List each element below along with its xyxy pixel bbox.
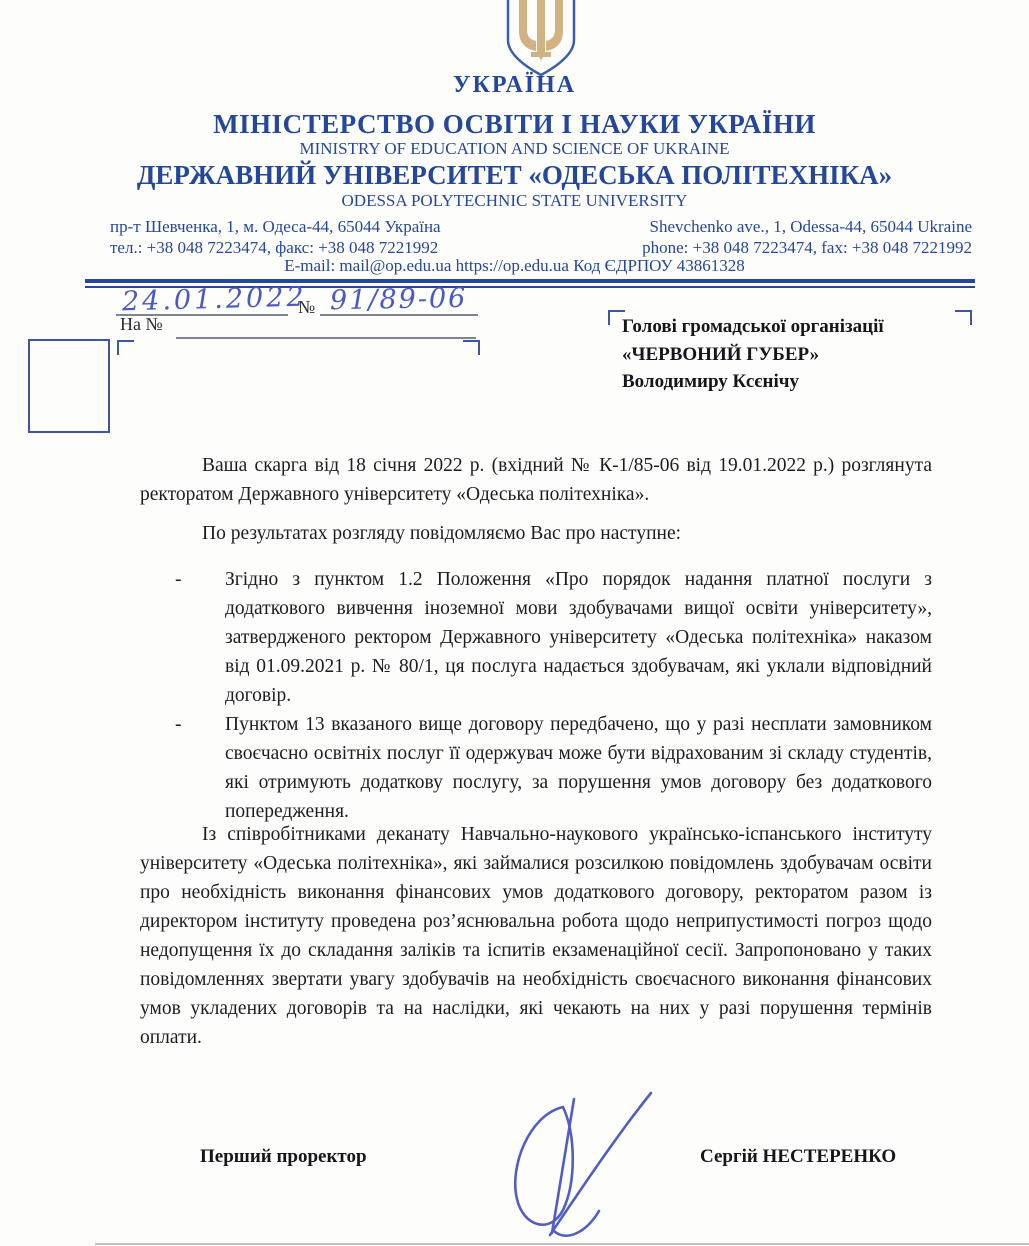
handwritten-outgoing-number: 91/89-06 bbox=[330, 283, 468, 316]
bullet-text: Згідно з пунктом 1.2 Положення «Про поря… bbox=[225, 565, 932, 710]
address-block-en: Shevchenko ave., 1, Odessa-44, 65044 Ukr… bbox=[642, 216, 972, 258]
handwritten-signature-icon bbox=[455, 1083, 665, 1245]
recipient-line3: Володимиру Ксєнічу bbox=[622, 368, 952, 396]
scanned-letter-page: УКРАЇНА МІНІСТЕРСТВО ОСВІТИ І НАУКИ УКРА… bbox=[0, 0, 1029, 1246]
na-no-label: На № bbox=[120, 314, 163, 335]
body-paragraph-3: Із співробітниками деканату Навчально-на… bbox=[140, 820, 932, 1052]
address-uk-line2: тел.: +38 048 7223474, факс: +38 048 722… bbox=[110, 237, 441, 258]
address-en-line1: Shevchenko ave., 1, Odessa-44, 65044 Ukr… bbox=[642, 216, 972, 237]
number-underline bbox=[320, 314, 478, 316]
university-title-en: ODESSA POLYTECHNIC STATE UNIVERSITY bbox=[0, 191, 1029, 211]
ukraine-trident-shield-icon bbox=[505, 0, 577, 78]
corner-bracket-left-icon bbox=[117, 340, 134, 355]
handwritten-date: 24.01.2022 bbox=[122, 282, 307, 318]
na-no-underline bbox=[176, 337, 476, 339]
signer-name: Сергій НЕСТЕРЕНКО bbox=[700, 1146, 896, 1168]
list-item: - Згідно з пунктом 1.2 Положення «Про по… bbox=[140, 565, 932, 710]
recipient-line1: Голові громадської організації bbox=[622, 313, 952, 341]
list-item: - Пунктом 13 вказаного вище договору пер… bbox=[140, 710, 932, 826]
address-block-uk: пр-т Шевченка, 1, м. Одеса-44, 65044 Укр… bbox=[110, 216, 441, 258]
country-title: УКРАЇНА bbox=[0, 72, 1029, 99]
ministry-title-uk: МІНІСТЕРСТВО ОСВІТИ І НАУКИ УКРАЇНИ bbox=[0, 109, 1029, 140]
signer-position: Перший проректор bbox=[200, 1146, 367, 1168]
scan-edge-line bbox=[95, 1243, 1029, 1245]
bullet-marker: - bbox=[140, 565, 225, 710]
address-uk-line1: пр-т Шевченка, 1, м. Одеса-44, 65044 Укр… bbox=[110, 216, 441, 237]
number-sign-label: № bbox=[298, 297, 315, 318]
bullet-list: - Згідно з пунктом 1.2 Положення «Про по… bbox=[140, 565, 932, 826]
recipient-bracket-right-icon bbox=[955, 310, 972, 325]
bullet-marker: - bbox=[140, 710, 225, 826]
body-paragraph-1: Ваша скарга від 18 січня 2022 р. (вхідни… bbox=[140, 451, 932, 509]
stamp-box bbox=[28, 339, 110, 433]
university-title-uk: ДЕРЖАВНИЙ УНІВЕРСИТЕТ «ОДЕСЬКА ПОЛІТЕХНІ… bbox=[0, 160, 1029, 191]
recipient-line2: «ЧЕРВОНИЙ ГУБЕР» bbox=[622, 341, 952, 369]
email-line: E-mail: mail@op.edu.ua https://op.edu.ua… bbox=[0, 256, 1029, 276]
corner-bracket-right-icon bbox=[463, 340, 480, 355]
body-paragraph-2: По результатах розгляду повідомляємо Вас… bbox=[140, 519, 932, 548]
ministry-title-en: MINISTRY OF EDUCATION AND SCIENCE OF UKR… bbox=[0, 139, 1029, 159]
bullet-text: Пунктом 13 вказаного вище договору перед… bbox=[225, 710, 932, 826]
recipient-block: Голові громадської організації «ЧЕРВОНИЙ… bbox=[622, 313, 952, 396]
address-en-line2: phone: +38 048 7223474, fax: +38 048 722… bbox=[642, 237, 972, 258]
